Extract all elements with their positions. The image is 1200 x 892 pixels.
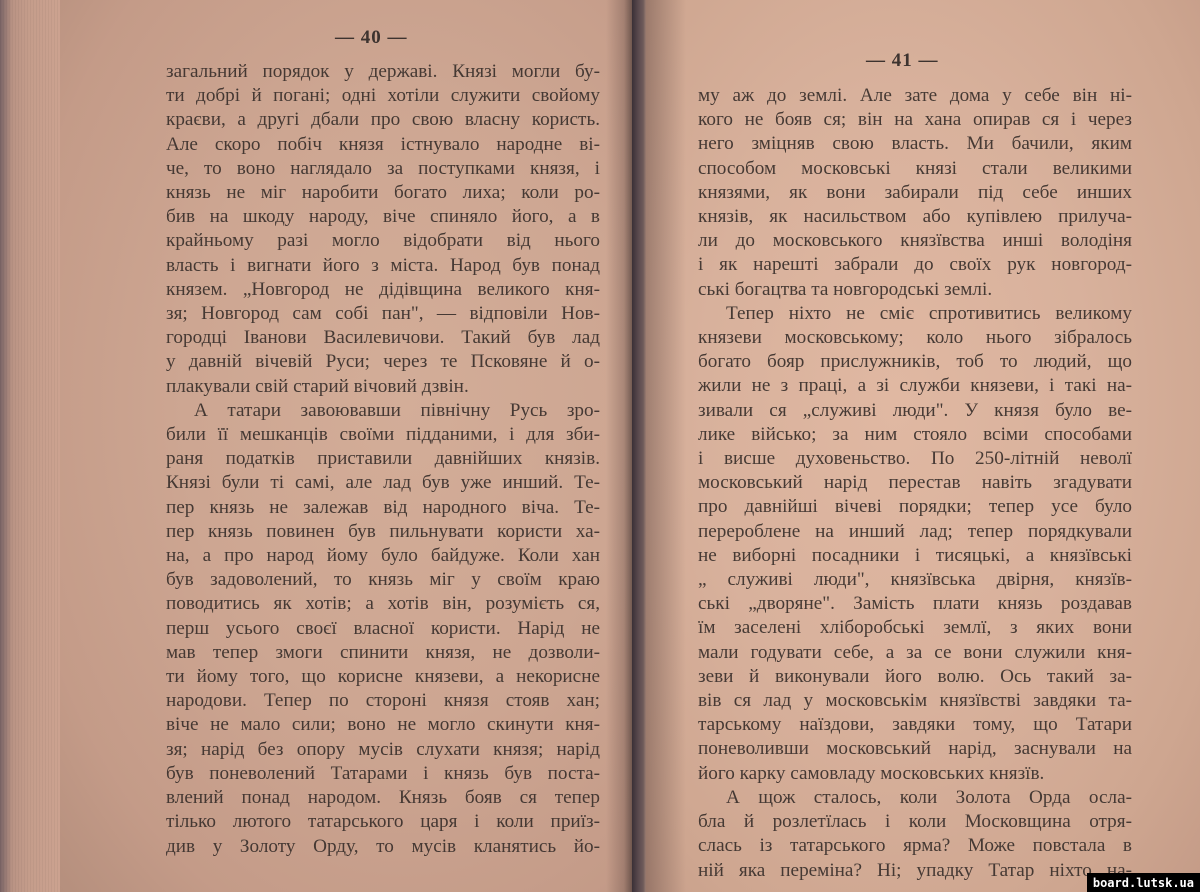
text-line: богато бояр прислужників, тоб то людий, … xyxy=(698,350,1132,374)
right-page: — 41 — му аж до землі. Але зате дома у с… xyxy=(646,0,1200,892)
text-line: ній яка переміна? Ні; упадку Татар ніхто… xyxy=(698,859,1132,883)
text-line: перш усього своєї власної користи. Нарід… xyxy=(166,617,600,641)
text-line: ти добрі й погані; одні хотіли служити с… xyxy=(166,84,600,108)
text-line: у давній вічевій Руси; через те Псковяне… xyxy=(166,350,600,374)
text-line: поневоливши московський нарід, заснували… xyxy=(698,737,1132,761)
text-line: Князі були ті самі, але лад був уже инши… xyxy=(166,471,600,495)
text-line: і висше духовеньство. По 250-літній нево… xyxy=(698,447,1132,471)
text-line: ли до московського князївства инші волод… xyxy=(698,229,1132,253)
text-line: бла й розлетїлась і коли Московщина отря… xyxy=(698,810,1132,834)
text-line: і як нарешті забрали до своїх рук новгор… xyxy=(698,253,1132,277)
text-line: жили не з праці, а зі служби князеви, і … xyxy=(698,374,1132,398)
text-line: загальний порядок у державі. Князі могли… xyxy=(166,60,600,84)
text-line: князів, як насильством або купівлею прил… xyxy=(698,205,1132,229)
right-page-body: му аж до землі. Але зате дома у себе він… xyxy=(698,84,1132,883)
left-page-body: загальний порядок у державі. Князі могли… xyxy=(166,60,600,859)
text-line: мали годувати себе, а за се вони служили… xyxy=(698,641,1132,665)
text-line: раня податків приставили давнійших князі… xyxy=(166,447,600,471)
text-line: способом московські князі стали великими xyxy=(698,157,1132,181)
text-line: його карку самовладу московських князїв. xyxy=(698,762,1132,786)
open-book: — 40 — загальний порядок у державі. Княз… xyxy=(0,0,1200,892)
text-line: князем. „Новгород не дідівщина великого … xyxy=(166,278,600,302)
text-line: князями, як вони забирали під себе инших xyxy=(698,181,1132,205)
text-line: плакували свій старий вічовий дзвін. xyxy=(166,375,600,399)
text-line: зивали ся „служиві люди". У князя було в… xyxy=(698,399,1132,423)
text-line: били її мешканців своїми підданими, і дл… xyxy=(166,423,600,447)
text-line: А татари завоювавши північну Русь зро- xyxy=(166,399,600,423)
text-line: бив на шкоду народу, віче спиняло його, … xyxy=(166,205,600,229)
text-line: їм заселені хліборобські землї, з яких в… xyxy=(698,616,1132,640)
page-number: — 40 — xyxy=(335,27,408,49)
text-line: слась із татарського ярма? Може повстала… xyxy=(698,834,1132,858)
text-line: лике військо; за ним стояло всіми способ… xyxy=(698,423,1132,447)
text-line: зеви й виконували його волю. Ось такий з… xyxy=(698,665,1132,689)
text-line: мав тепер змоги спинити князя, не дозвол… xyxy=(166,641,600,665)
text-line: московський нарід перестав навіть згадув… xyxy=(698,471,1132,495)
page-number: — 41 — xyxy=(866,50,939,72)
text-line: народови. Тепер по стороні князя стояв х… xyxy=(166,689,600,713)
text-line: му аж до землі. Але зате дома у себе він… xyxy=(698,84,1132,108)
text-line: Але скоро побіч князя істнувало народне … xyxy=(166,133,600,157)
text-line: ські богацтва та новгородські землі. xyxy=(698,278,1132,302)
text-line: був поневолений Татарами і князь був пос… xyxy=(166,762,600,786)
text-line: зя; Новгород сам собі пан", — відповіли … xyxy=(166,302,600,326)
text-line: не виборні посадники і тисяцькі, а князї… xyxy=(698,544,1132,568)
text-line: вів ся лад у московськім князївстві завд… xyxy=(698,689,1132,713)
text-line: про давнійші вічеві порядки; тепер усе б… xyxy=(698,495,1132,519)
text-line: був задоволений, то князь міг у своїм кр… xyxy=(166,568,600,592)
text-line: віче не мало сили; воно не могло скинути… xyxy=(166,713,600,737)
text-line: князь не міг наробити богато лиха; коли … xyxy=(166,181,600,205)
text-line: зя; нарід без опору мусів слухати князя;… xyxy=(166,738,600,762)
text-line: че, то воно наглядало за поступками княз… xyxy=(166,157,600,181)
left-page: — 40 — загальний порядок у державі. Княз… xyxy=(60,0,636,892)
text-line: поводитись як хотів; а хотів він, розумі… xyxy=(166,592,600,616)
text-line: ти йому того, що корисне князеви, а неко… xyxy=(166,665,600,689)
text-line: крайньому разі могло відобрати від нього xyxy=(166,229,600,253)
text-line: тарському наїздови, завдяки тому, що Тат… xyxy=(698,713,1132,737)
text-line: ські „дворяне". Замість плати князь розд… xyxy=(698,592,1132,616)
text-line: краєви, а другі дбали про свою власну ко… xyxy=(166,108,600,132)
text-line: пер князь повинен був пильнувати користи… xyxy=(166,520,600,544)
text-line: Тепер ніхто не сміє спротивитись великом… xyxy=(698,302,1132,326)
text-line: власть і вигнати його з міста. Народ був… xyxy=(166,254,600,278)
text-line: перероблене на инший лад; тепер порядкув… xyxy=(698,520,1132,544)
text-line: тілько лютого татарського царя і коли пр… xyxy=(166,810,600,834)
text-line: див у Золоту Орду, то мусів кланятись йо… xyxy=(166,835,600,859)
text-line: „ служиві люди", князївська двірня, княз… xyxy=(698,568,1132,592)
text-line: на, а про народ йому було байдуже. Коли … xyxy=(166,544,600,568)
text-line: кого не бояв ся; він на хана опирав ся і… xyxy=(698,108,1132,132)
text-line: городці Іванови Василевичови. Такий був … xyxy=(166,326,600,350)
text-line: него зміцняв свою власть. Ми бачили, яки… xyxy=(698,132,1132,156)
text-line: князеви московському; коло нього зібрало… xyxy=(698,326,1132,350)
text-line: пер князь не залежав від народного віча.… xyxy=(166,496,600,520)
text-line: влений понад народом. Князь бояв ся тепе… xyxy=(166,786,600,810)
watermark: board.lutsk.ua xyxy=(1087,873,1200,892)
text-line: А щож сталось, коли Золота Орда осла- xyxy=(698,786,1132,810)
